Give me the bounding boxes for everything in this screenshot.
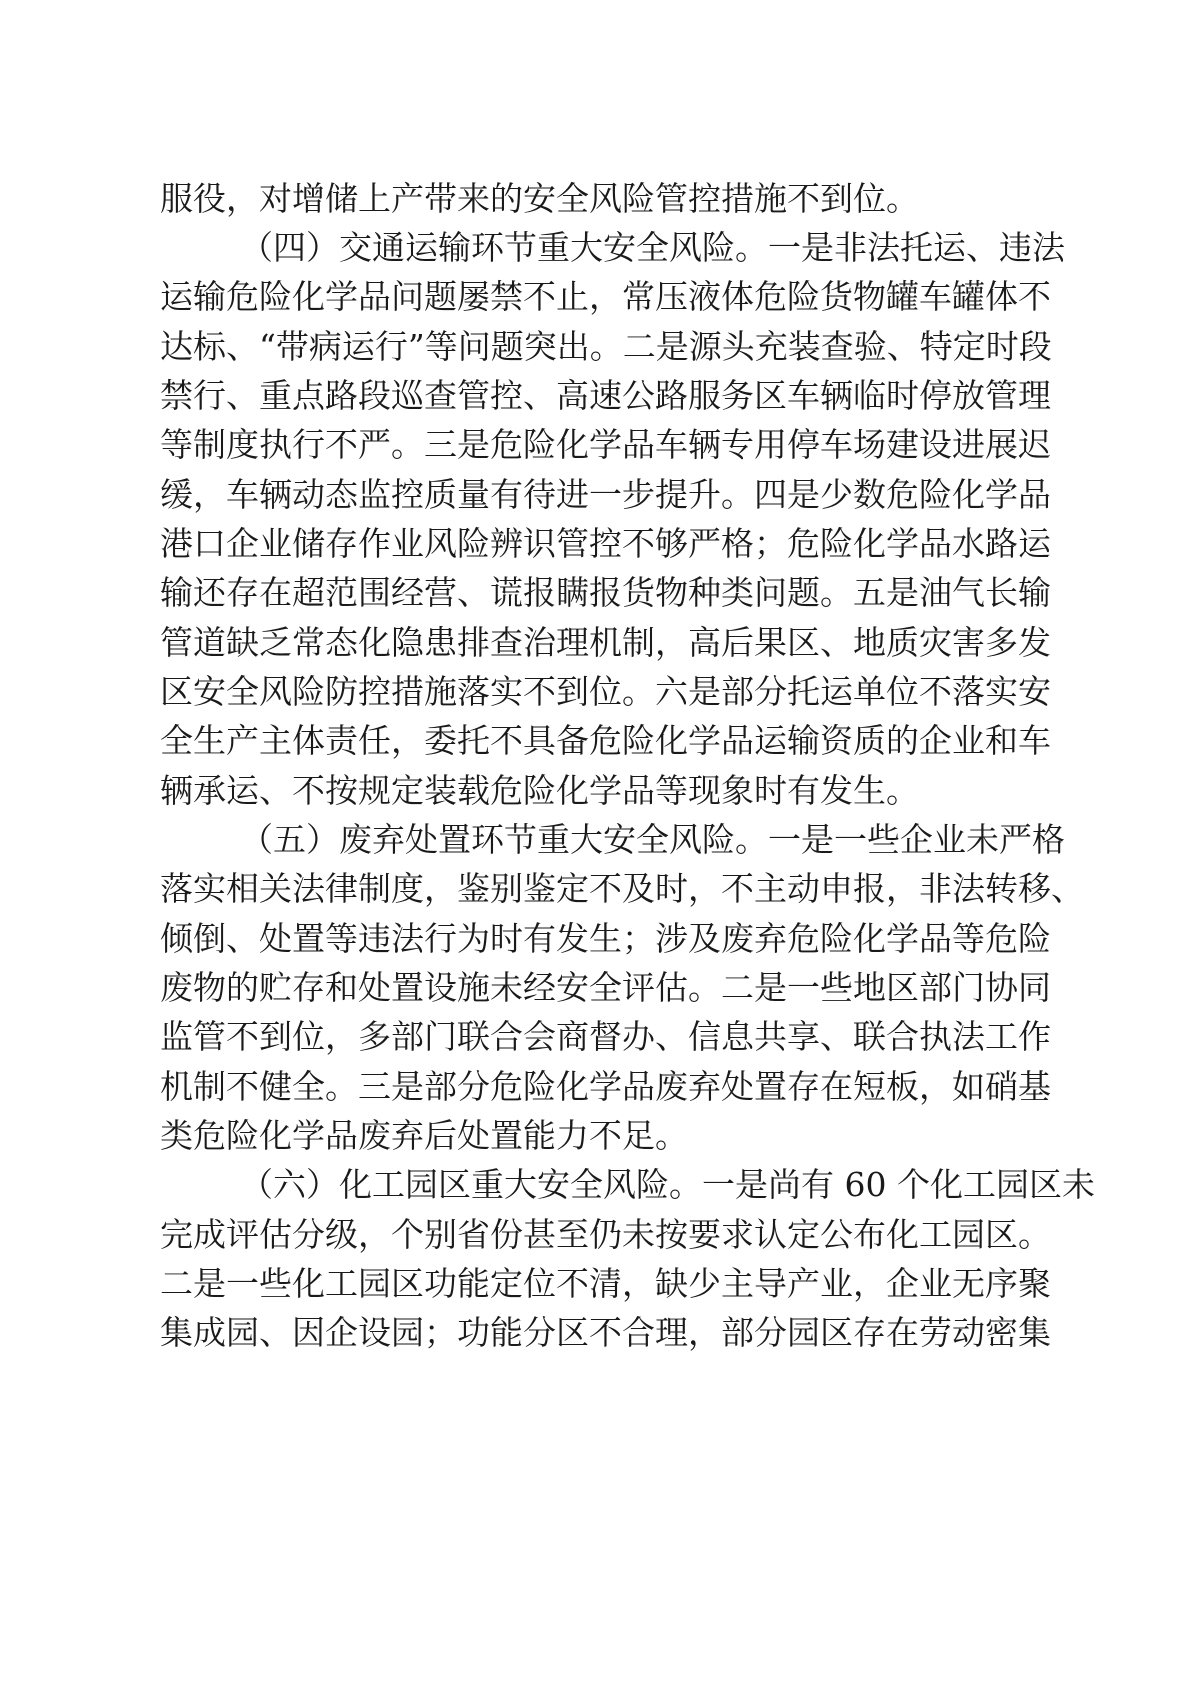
paragraph-line: 运输危险化学品问题屡禁不止，常压液体危险货物罐车罐体不 [160, 272, 962, 321]
paragraph-line: 缓，车辆动态监控质量有待进一步提升。四是少数危险化学品 [160, 470, 962, 519]
paragraph-line: 废物的贮存和处置设施未经安全评估。二是一些地区部门协同 [160, 963, 962, 1012]
paragraph-line: 二是一些化工园区功能定位不清，缺少主导产业，企业无序聚 [160, 1259, 962, 1308]
paragraph-line: 服役，对增储上产带来的安全风险管控措施不到位。 [160, 174, 962, 223]
paragraph-line: 禁行、重点路段巡查管控、高速公路服务区车辆临时停放管理 [160, 371, 962, 420]
paragraph-line: 辆承运、不按规定装载危险化学品等现象时有发生。 [160, 766, 962, 815]
section-heading-line: （四）交通运输环节重大安全风险。一是非法托运、违法 [240, 223, 962, 272]
paragraph-line: 完成评估分级，个别省份甚至仍未按要求认定公布化工园区。 [160, 1210, 962, 1259]
paragraph-line: 倾倒、处置等违法行为时有发生；涉及废弃危险化学品等危险 [160, 914, 962, 963]
document-page: 服役，对增储上产带来的安全风险管控措施不到位。 （四）交通运输环节重大安全风险。… [0, 0, 1190, 1683]
paragraph-line: 落实相关法律制度，鉴别鉴定不及时，不主动申报，非法转移、 [160, 864, 962, 913]
paragraph-line: 等制度执行不严。三是危险化学品车辆专用停车场建设进展迟 [160, 420, 962, 469]
paragraph-line: 集成园、因企设园；功能分区不合理，部分园区存在劳动密集 [160, 1308, 962, 1357]
paragraph-line: 机制不健全。三是部分危险化学品废弃处置存在短板，如硝基 [160, 1062, 962, 1111]
paragraph-line: 管道缺乏常态化隐患排查治理机制，高后果区、地质灾害多发 [160, 618, 962, 667]
paragraph-line: 港口企业储存作业风险辨识管控不够严格；危险化学品水路运 [160, 519, 962, 568]
section-heading-line: （五）废弃处置环节重大安全风险。一是一些企业未严格 [240, 815, 962, 864]
section-heading-line: （六）化工园区重大安全风险。一是尚有 60 个化工园区未 [240, 1160, 962, 1209]
paragraph-line: 监管不到位，多部门联合会商督办、信息共享、联合执法工作 [160, 1012, 962, 1061]
paragraph-line: 全生产主体责任，委托不具备危险化学品运输资质的企业和车 [160, 716, 962, 765]
paragraph-line: 类危险化学品废弃后处置能力不足。 [160, 1111, 962, 1160]
paragraph-line: 输还存在超范围经营、谎报瞒报货物种类问题。五是油气长输 [160, 568, 962, 617]
paragraph-line: 区安全风险防控措施落实不到位。六是部分托运单位不落实安 [160, 667, 962, 716]
paragraph-line: 达标、“带病运行”等问题突出。二是源头充装查验、特定时段 [160, 322, 962, 371]
